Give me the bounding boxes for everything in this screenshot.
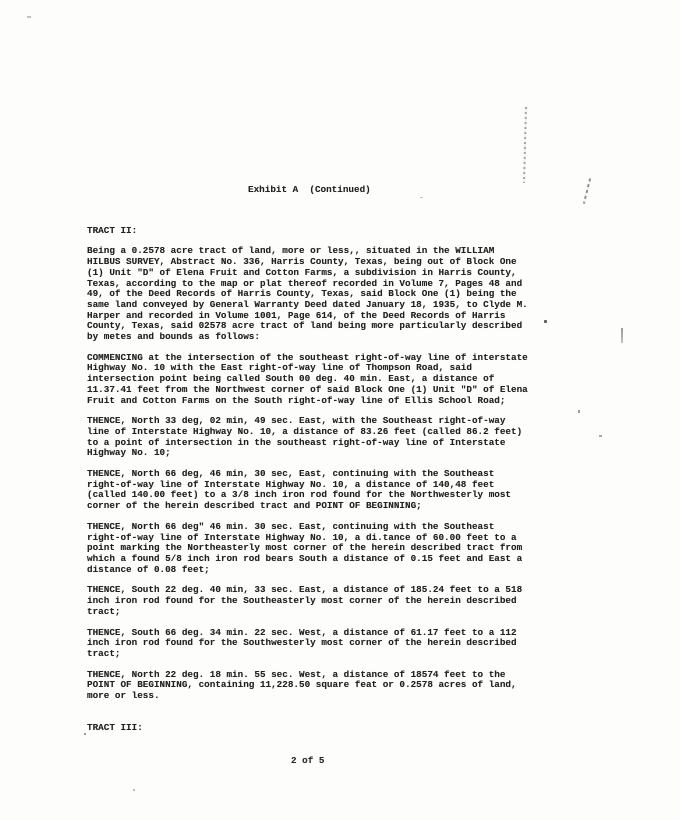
paragraph-thence-5: THENCE, South 66 deg. 34 min. 22 sec. We…	[87, 628, 557, 660]
scan-tick-right	[621, 328, 623, 343]
paragraph-thence-2: THENCE, North 66 deg, 46 min, 30 sec, Ea…	[87, 469, 557, 512]
scan-scratch-diagonal	[583, 178, 591, 204]
scan-speck-right-1	[578, 410, 580, 413]
paragraph-thence-6: THENCE, North 22 deg. 18 min. 55 sec. We…	[87, 670, 557, 702]
paragraph-thence-4: THENCE, South 22 deg. 40 min, 33 sec. Ea…	[87, 585, 557, 617]
scan-speck-right-2	[599, 435, 602, 437]
tract-ii-heading: TRACT II:	[87, 226, 557, 237]
paragraph-thence-3: THENCE, North 66 deg" 46 min. 30 sec. Ea…	[87, 522, 557, 576]
paragraph-legal-description: Being a 0.2578 acre tract of land, more …	[87, 246, 557, 342]
paragraph-commencing: COMMENCING at the intersection of the so…	[87, 353, 557, 407]
scan-speck-bottom	[133, 789, 135, 791]
tract-iii-heading: TRACT III:	[87, 723, 557, 734]
scan-scratch-vertical	[523, 107, 527, 183]
scan-speck-top-left	[27, 16, 31, 18]
paragraph-thence-1: THENCE, North 33 deg, 02 min, 49 sec. Ea…	[87, 416, 557, 459]
scan-dot-below-tract-iii	[84, 733, 86, 735]
document-page: Exhibit A (Continued) TRACT II: Being a …	[0, 0, 680, 820]
document-content: Exhibit A (Continued) TRACT II: Being a …	[87, 185, 557, 743]
page-number: 2 of 5	[291, 755, 324, 766]
exhibit-title: Exhibit A (Continued)	[248, 185, 557, 196]
